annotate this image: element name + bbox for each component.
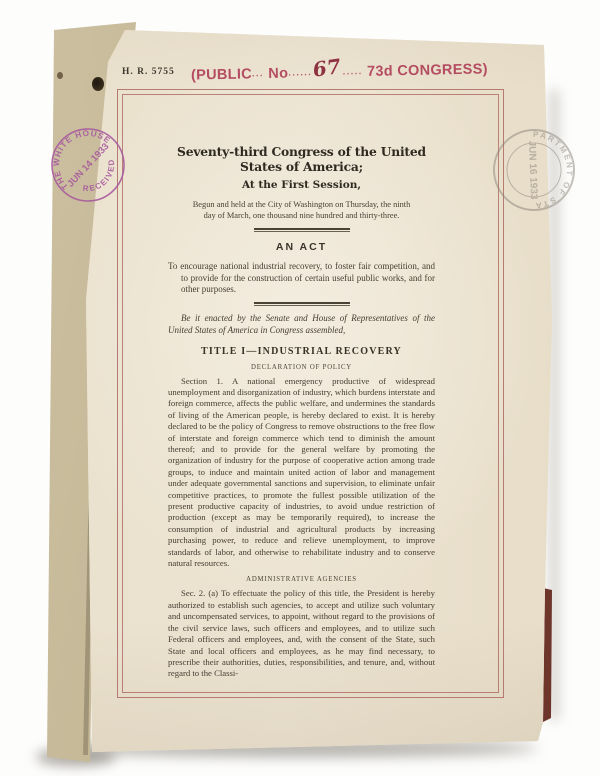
convening-statement: Begun and held at the City of Washington… — [168, 200, 435, 221]
state-department-stamp: DEPARTMENT OF STATE JUN 16 1933 — [486, 122, 581, 217]
congress-title: Seventy-third Congress of the United Sta… — [168, 144, 435, 174]
stamp-open: (PUBLIC — [191, 66, 252, 83]
enacting-clause: Be it enacted by the Senate and House of… — [168, 313, 435, 337]
punch-hole — [92, 77, 104, 91]
section-1-text: Section 1. A national emergency producti… — [168, 376, 435, 570]
stamp-dots: ..... — [343, 66, 363, 76]
state-stamp-date: JUN 16 1933 — [526, 140, 539, 200]
stamp-congress: 73d CONGRESS) — [367, 61, 488, 80]
administrative-agencies-heading: ADMINISTRATIVE AGENCIES — [168, 576, 435, 583]
handwritten-law-number: 67 — [311, 54, 343, 82]
declaration-of-policy-heading: DECLARATION OF POLICY — [168, 364, 435, 371]
act-preamble: To encourage national industrial recover… — [168, 261, 435, 296]
convening-line-2: day of March, one thousand nine hundred … — [168, 211, 435, 222]
section-2-text: Sec. 2. (a) To effectuate the policy of … — [168, 588, 435, 679]
bill-number: H. R. 5755 — [122, 67, 175, 77]
stamp-dots: ... — [252, 68, 264, 78]
ink-spot — [57, 72, 63, 79]
an-act-heading: AN ACT — [168, 241, 435, 253]
divider-rule — [254, 302, 350, 306]
photographed-document-scene: H. R. 5755 (PUBLIC... No......67..... 73… — [0, 0, 600, 776]
convening-line-1: Begun and held at the City of Washington… — [168, 200, 435, 211]
stamp-dots: ...... — [288, 67, 312, 78]
title-i-heading: TITLE I—INDUSTRIAL RECOVERY — [168, 346, 435, 357]
session-line: At the First Session, — [168, 179, 435, 191]
act-text-column: Seventy-third Congress of the United Sta… — [168, 144, 435, 680]
stamp-no-label: No — [268, 66, 288, 82]
divider-rule — [254, 228, 350, 232]
